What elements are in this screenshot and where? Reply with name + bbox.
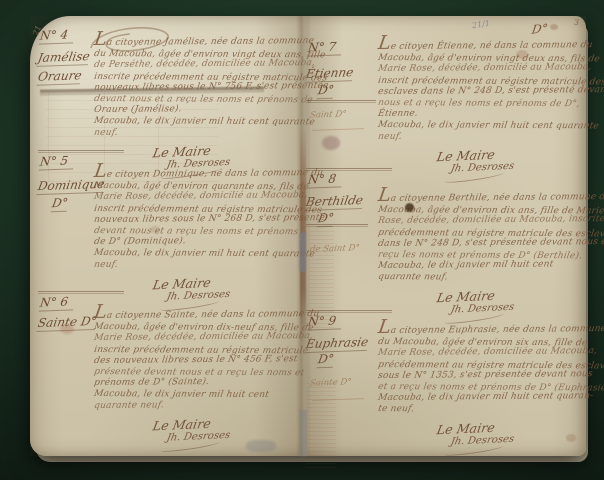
entry-body-text: La citoyenne Euphrasie, née dans la comm… (378, 322, 586, 452)
margin-family-name: Oraure (36, 68, 82, 86)
margin-given-name: Étienne (304, 65, 354, 83)
body-line: Marie Rose, décédée, domiciliée au Macou… (377, 347, 587, 360)
body-line: Rose, décédée, domiciliée au Macouba, in… (377, 215, 587, 228)
margin-note: Sainte D° (309, 377, 352, 388)
margin-given-name: Euphrasie (304, 335, 369, 353)
body-line: La citoyenne Jamélise, née dans la commu… (93, 32, 308, 49)
body-line: neuf. (377, 130, 587, 143)
body-line: quarante neuf. (377, 272, 587, 284)
body-line: nouveaux libres sous le N° 268 D, s'est … (93, 213, 307, 226)
margin-name: Sainte D° (36, 314, 98, 332)
body-line: de D° (Dominique). (93, 235, 307, 248)
body-line: nouveaux libres sous le N° 756 F, s'est … (93, 81, 307, 94)
body-line: Étienne. (377, 107, 587, 120)
body-line: neuf. (93, 258, 307, 271)
margin-note-scribble (312, 123, 364, 131)
body-line: neuf. (93, 126, 307, 139)
margin-rule (306, 310, 392, 311)
entry-number: N° 4 (39, 27, 75, 44)
body-line: Marie Rose, décédée, domicilié au Macoub… (377, 63, 587, 76)
small-stain (550, 24, 558, 30)
register-entry-4: N° 4 Jamélise Oraure La citoyenne Jaméli… (38, 28, 338, 168)
ditto-flourish-mark: D° (531, 21, 549, 37)
body-line: de Perséthe, décédée, domiciliée au Maco… (93, 59, 307, 72)
margin-ditto-mark: D° (317, 83, 336, 100)
margin-note: de Saint D° (309, 243, 360, 255)
margin-ditto-mark: D° (317, 352, 336, 369)
register-entry-9: N° 9 Euphrasie D° Sainte D° La citoyenne… (306, 310, 604, 470)
register-entry-6: N° 6 Sainte D° La citoyenne Sainte, née … (38, 291, 338, 451)
binding-crease (296, 16, 310, 456)
body-line: quarante neuf. (93, 399, 307, 412)
body-line: La citoyenne Sainte, née dans la commune… (93, 305, 308, 322)
signature-block: Le Maire Jh. Desroses (148, 411, 310, 451)
entry-body-text: Le citoyen Étienne, né dans la commune d… (378, 38, 586, 179)
body-line: Le citoyen Étienne, né dans la commune d… (377, 36, 588, 53)
scanned-register-viewer: 21 21/1 D° 3 N° 4 Jamélise Oraure La cit… (0, 0, 604, 480)
body-line: Macouba, le dix janvier mil huit cent qu… (377, 391, 587, 404)
entry-body-text: Le citoyen Dominique, né dans la commune… (94, 166, 306, 307)
body-line: esclaves dans le N° 248 D, s'est présent… (377, 85, 587, 98)
margin-rule (306, 224, 368, 225)
entry-number: N° 9 (307, 313, 343, 330)
entry-body-text: La citoyenne Sainte, née dans la commune… (94, 307, 306, 448)
body-line: La citoyenne Euphrasie, née dans la comm… (377, 320, 588, 337)
register-entry-7: N° 7 Étienne D° Saint D° Le citoyen Étie… (306, 36, 604, 186)
body-line: sous le N° 1353, s'est présentée devant … (377, 369, 587, 382)
margin-rule (306, 100, 376, 101)
entry-number: N° 6 (39, 294, 75, 311)
body-line: Marie Rose, décédée, domiciliée au Macou… (93, 332, 307, 345)
body-line: La citoyenne Berthile, née dans la commu… (377, 188, 588, 205)
margin-note: Saint D° (309, 109, 347, 120)
entry-number: N° 5 (39, 153, 75, 170)
entry-number: N° 7 (307, 39, 343, 56)
entry-body-text: La citoyenne Berthile, née dans la commu… (378, 190, 586, 320)
body-line: te neuf. (377, 404, 587, 416)
signature-block: Le Maire Jh. Desroses (432, 415, 590, 455)
register-entry-8: N° 8 Berthilde D° de Saint D° La citoyen… (306, 168, 604, 318)
body-line: dans le N° 248 D, s'est présentée devant… (377, 237, 587, 250)
pencil-classification-mark: 21/1 (471, 19, 490, 30)
body-line: Macouba, le dix janvier mil huit cent (377, 259, 587, 272)
register-entry-5: N° 5 Dominique D° Le citoyen Dominique, … (38, 150, 338, 292)
margin-ditto-mark: D° (51, 196, 70, 213)
binding-blue-smudge (299, 232, 306, 272)
register-spread: 21 21/1 D° 3 N° 4 Jamélise Oraure La cit… (30, 16, 586, 456)
margin-note-scribble (312, 393, 364, 401)
margin-rule (38, 150, 124, 151)
entry-number: N° 8 (307, 171, 343, 188)
body-line: des nouveaux libres sous le N° 456 F, s'… (93, 354, 307, 367)
folio-number: 3 (574, 18, 579, 27)
body-line: Marie Rose, décédée, domicilié au Macoub… (93, 191, 307, 204)
body-line: Le citoyen Dominique, né dans la commune… (93, 164, 308, 181)
margin-given-name: Berthilde (304, 193, 364, 211)
body-line: prénoms de D° (Sainte). (93, 376, 307, 389)
margin-given-name: Jamélise (36, 49, 91, 67)
binding-gray-mark (299, 410, 307, 456)
margin-rule (38, 291, 124, 292)
margin-rule (306, 168, 392, 169)
body-line: Oraure (Jamélise). (93, 103, 307, 116)
